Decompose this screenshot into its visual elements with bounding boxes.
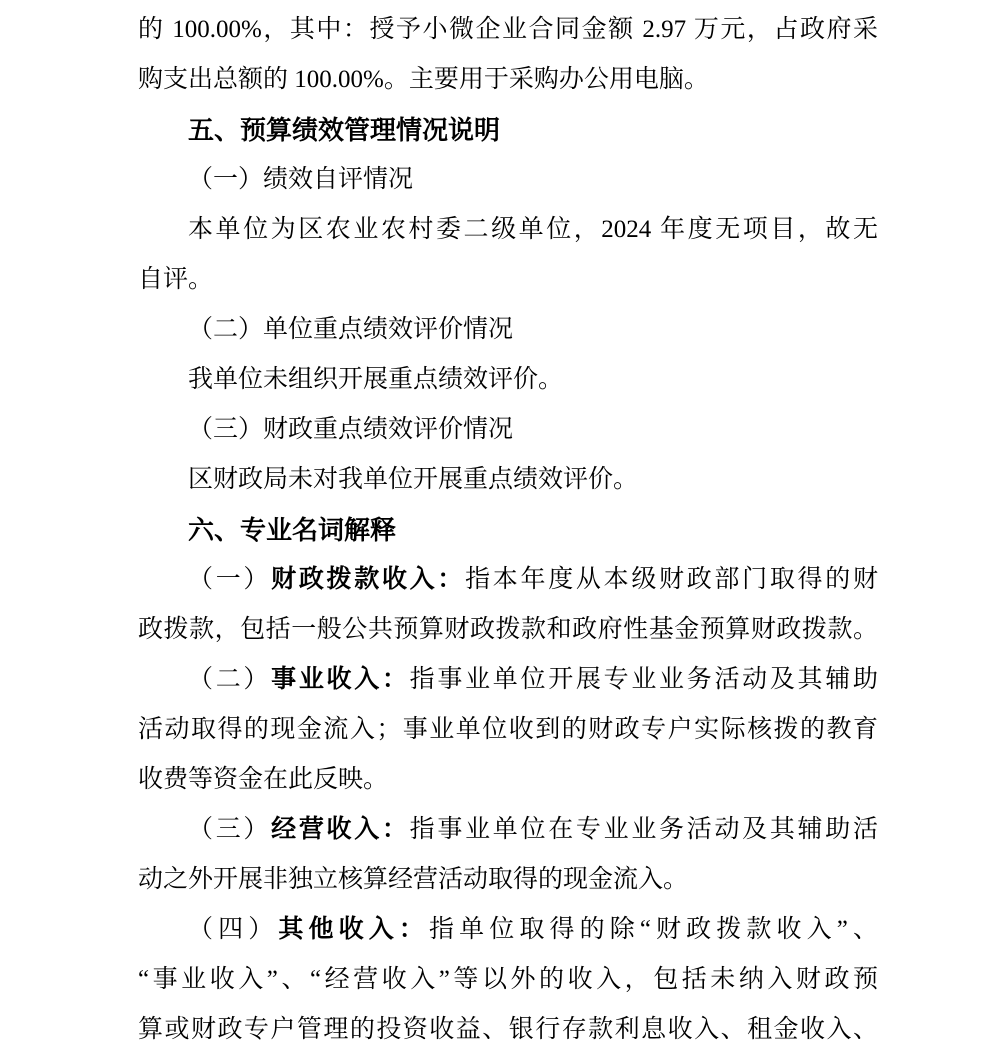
body-text: （二）: [188, 666, 271, 693]
body-text: （二）单位重点绩效评价情况: [188, 316, 513, 343]
paragraph-term-business-income-line-2: 活动取得的现金流入；事业单位收到的财政专户实际核拨的教育: [138, 705, 878, 755]
paragraph-term-other-income-line-2: “事业收入”、“经营收入”等以外的收入，包括未纳入财政预: [138, 955, 878, 1005]
paragraph-term-fiscal-appropriation-line-1: （一）财政拨款收入：指本年度从本级财政部门取得的财: [138, 555, 878, 605]
subsection-heading-5-1: （一）绩效自评情况: [138, 155, 878, 205]
paragraph-unit-evaluation: 我单位未组织开展重点绩效评价。: [138, 355, 878, 405]
body-text: （三）财政重点绩效评价情况: [188, 416, 513, 443]
body-text: （四）: [188, 916, 278, 943]
body-text: 动之外开展非独立核算经营活动取得的现金流入。: [138, 866, 688, 893]
paragraph-term-operating-income-line-1: （三）经营收入：指事业单位在专业业务活动及其辅助活: [138, 805, 878, 855]
body-text: 购支出总额的 100.00%。主要用于采购办公用电脑。: [138, 66, 709, 93]
paragraph-gov-procurement-line-1: 的 100.00%，其中：授予小微企业合同金额 2.97 万元，占政府采: [138, 5, 878, 55]
body-text: 算或财政专户管理的投资收益、银行存款利息收入、租金收入、: [138, 1016, 878, 1043]
paragraph-term-operating-income-line-2: 动之外开展非独立核算经营活动取得的现金流入。: [138, 855, 878, 905]
subsection-heading-5-3: （三）财政重点绩效评价情况: [138, 405, 878, 455]
body-text: 本单位为区农业农村委二级单位，2024 年度无项目，故无: [188, 216, 878, 243]
body-text: （一）绩效自评情况: [188, 166, 413, 193]
paragraph-self-evaluation-line-2: 自评。: [138, 255, 878, 305]
paragraph-gov-procurement-line-2: 购支出总额的 100.00%。主要用于采购办公用电脑。: [138, 55, 878, 105]
body-text: 我单位未组织开展重点绩效评价。: [188, 366, 563, 393]
body-text: 政拨款，包括一般公共预算财政拨款和政府性基金预算财政拨款。: [138, 616, 878, 643]
body-text: （三）: [188, 816, 271, 843]
body-text: “事业收入”、“经营收入”等以外的收入，包括未纳入财政预: [138, 966, 878, 993]
paragraph-term-business-income-line-3: 收费等资金在此反映。: [138, 755, 878, 805]
paragraph-term-fiscal-appropriation-line-2: 政拨款，包括一般公共预算财政拨款和政府性基金预算财政拨款。: [138, 605, 878, 655]
body-text: 指本年度从本级财政部门取得的财: [465, 566, 878, 593]
body-text: 的 100.00%，其中：授予小微企业合同金额 2.97 万元，占政府采: [138, 16, 878, 43]
paragraph-finance-evaluation: 区财政局未对我单位开展重点绩效评价。: [138, 455, 878, 505]
heading-text: 六、专业名词解释: [188, 515, 396, 545]
body-text: （一）: [188, 566, 271, 593]
body-text: 指事业单位开展专业业务活动及其辅助: [410, 666, 878, 693]
heading-text: 五、预算绩效管理情况说明: [188, 115, 500, 145]
term-text: 财政拨款收入：: [271, 566, 465, 593]
paragraph-term-other-income-line-1: （四）其他收入：指单位取得的除“财政拨款收入”、: [138, 905, 878, 955]
body-text: 指单位取得的除“财政拨款收入”、: [429, 916, 878, 943]
paragraph-term-business-income-line-1: （二）事业收入：指事业单位开展专业业务活动及其辅助: [138, 655, 878, 705]
term-text: 事业收入：: [271, 666, 410, 693]
body-text: 活动取得的现金流入；事业单位收到的财政专户实际核拨的教育: [138, 716, 878, 743]
body-text: 收费等资金在此反映。: [138, 766, 388, 793]
term-text: 经营收入：: [271, 816, 410, 843]
body-text: 区财政局未对我单位开展重点绩效评价。: [188, 466, 638, 493]
document-page: 的 100.00%，其中：授予小微企业合同金额 2.97 万元，占政府采购支出总…: [0, 0, 1000, 1059]
body-text: 自评。: [138, 266, 213, 293]
paragraph-term-other-income-line-3: 算或财政专户管理的投资收益、银行存款利息收入、租金收入、: [138, 1005, 878, 1055]
section-heading-5: 五、预算绩效管理情况说明: [138, 105, 878, 155]
term-text: 其他收入：: [278, 916, 429, 943]
body-text: 指事业单位在专业业务活动及其辅助活: [410, 816, 878, 843]
subsection-heading-5-2: （二）单位重点绩效评价情况: [138, 305, 878, 355]
paragraph-self-evaluation-line-1: 本单位为区农业农村委二级单位，2024 年度无项目，故无: [138, 205, 878, 255]
section-heading-6: 六、专业名词解释: [138, 505, 878, 555]
